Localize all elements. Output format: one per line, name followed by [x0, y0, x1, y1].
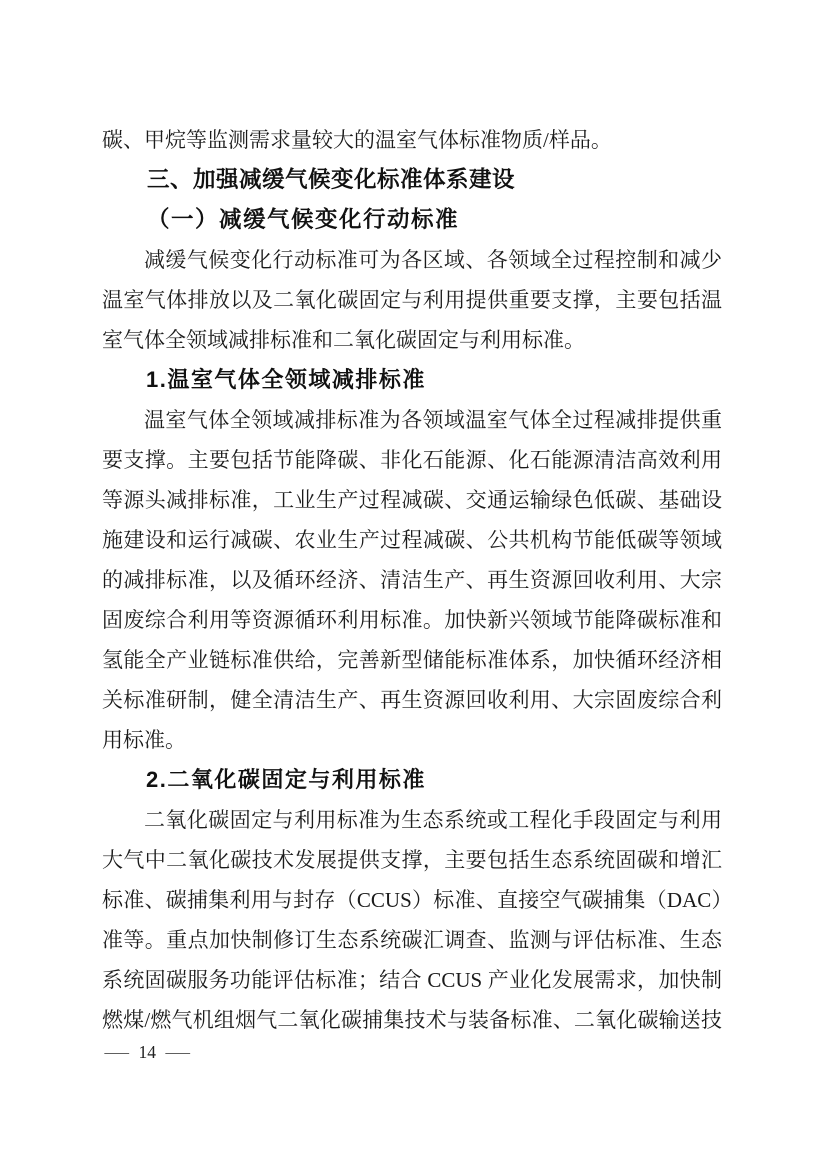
doc-text-line: 温室气体排放以及二氧化碳固定与利用提供重要支撑，主要包括温: [102, 280, 722, 320]
doc-text-line: 施建设和运行减碳、农业生产过程减碳、公共机构节能低碳等领域: [102, 520, 722, 560]
doc-text-line: 氢能全产业链标准供给，完善新型储能标准体系，加快循环经济相: [102, 640, 722, 680]
sub-heading: （一）减缓气候变化行动标准: [102, 200, 722, 240]
doc-text-line: 温室气体全领域减排标准为各领域温室气体全过程减排提供重: [102, 400, 722, 440]
doc-text-line: 要支撑。主要包括节能降碳、非化石能源、化石能源清洁高效利用: [102, 440, 722, 480]
numbered-heading: 2.二氧化碳固定与利用标准: [102, 760, 722, 800]
page-number: 14: [139, 1040, 157, 1064]
document-body: 碳、甲烷等监测需求量较大的温室气体标准物质/样品。三、加强减缓气候变化标准体系建…: [102, 120, 722, 1040]
doc-text-line: 系统固碳服务功能评估标准；结合 CCUS 产业化发展需求，加快制定: [102, 960, 722, 1000]
footer-right-dash: —: [166, 1040, 191, 1064]
doc-text-line: 碳、甲烷等监测需求量较大的温室气体标准物质/样品。: [102, 120, 722, 160]
doc-text-line: 准等。重点加快制修订生态系统碳汇调查、监测与评估标准、生态: [102, 920, 722, 960]
doc-text-line: 标准、碳捕集利用与封存（CCUS）标准、直接空气碳捕集（DAC）标: [102, 880, 722, 920]
doc-text-line: 固废综合利用等资源循环利用标准。加快新兴领域节能降碳标准和: [102, 600, 722, 640]
doc-text-line: 减缓气候变化行动标准可为各区域、各领域全过程控制和减少: [102, 240, 722, 280]
section-heading: 三、加强减缓气候变化标准体系建设: [102, 160, 722, 200]
doc-text-line: 二氧化碳固定与利用标准为生态系统或工程化手段固定与利用: [102, 800, 722, 840]
page-footer: — 14 —: [108, 1040, 187, 1064]
doc-text-line: 关标准研制，健全清洁生产、再生资源回收利用、大宗固废综合利: [102, 680, 722, 720]
footer-left-dash: —: [105, 1040, 130, 1064]
doc-text-line: 室气体全领域减排标准和二氧化碳固定与利用标准。: [102, 320, 722, 360]
doc-text-line: 的减排标准，以及循环经济、清洁生产、再生资源回收利用、大宗: [102, 560, 722, 600]
doc-text-line: 等源头减排标准，工业生产过程减碳、交通运输绿色低碳、基础设: [102, 480, 722, 520]
numbered-heading: 1.温室气体全领域减排标准: [102, 360, 722, 400]
doc-text-line: 大气中二氧化碳技术发展提供支撑，主要包括生态系统固碳和增汇: [102, 840, 722, 880]
document-page: 碳、甲烷等监测需求量较大的温室气体标准物质/样品。三、加强减缓气候变化标准体系建…: [0, 0, 826, 1169]
doc-text-line: 用标准。: [102, 720, 722, 760]
doc-text-line: 燃煤/燃气机组烟气二氧化碳捕集技术与装备标准、二氧化碳输送技: [102, 1000, 722, 1040]
